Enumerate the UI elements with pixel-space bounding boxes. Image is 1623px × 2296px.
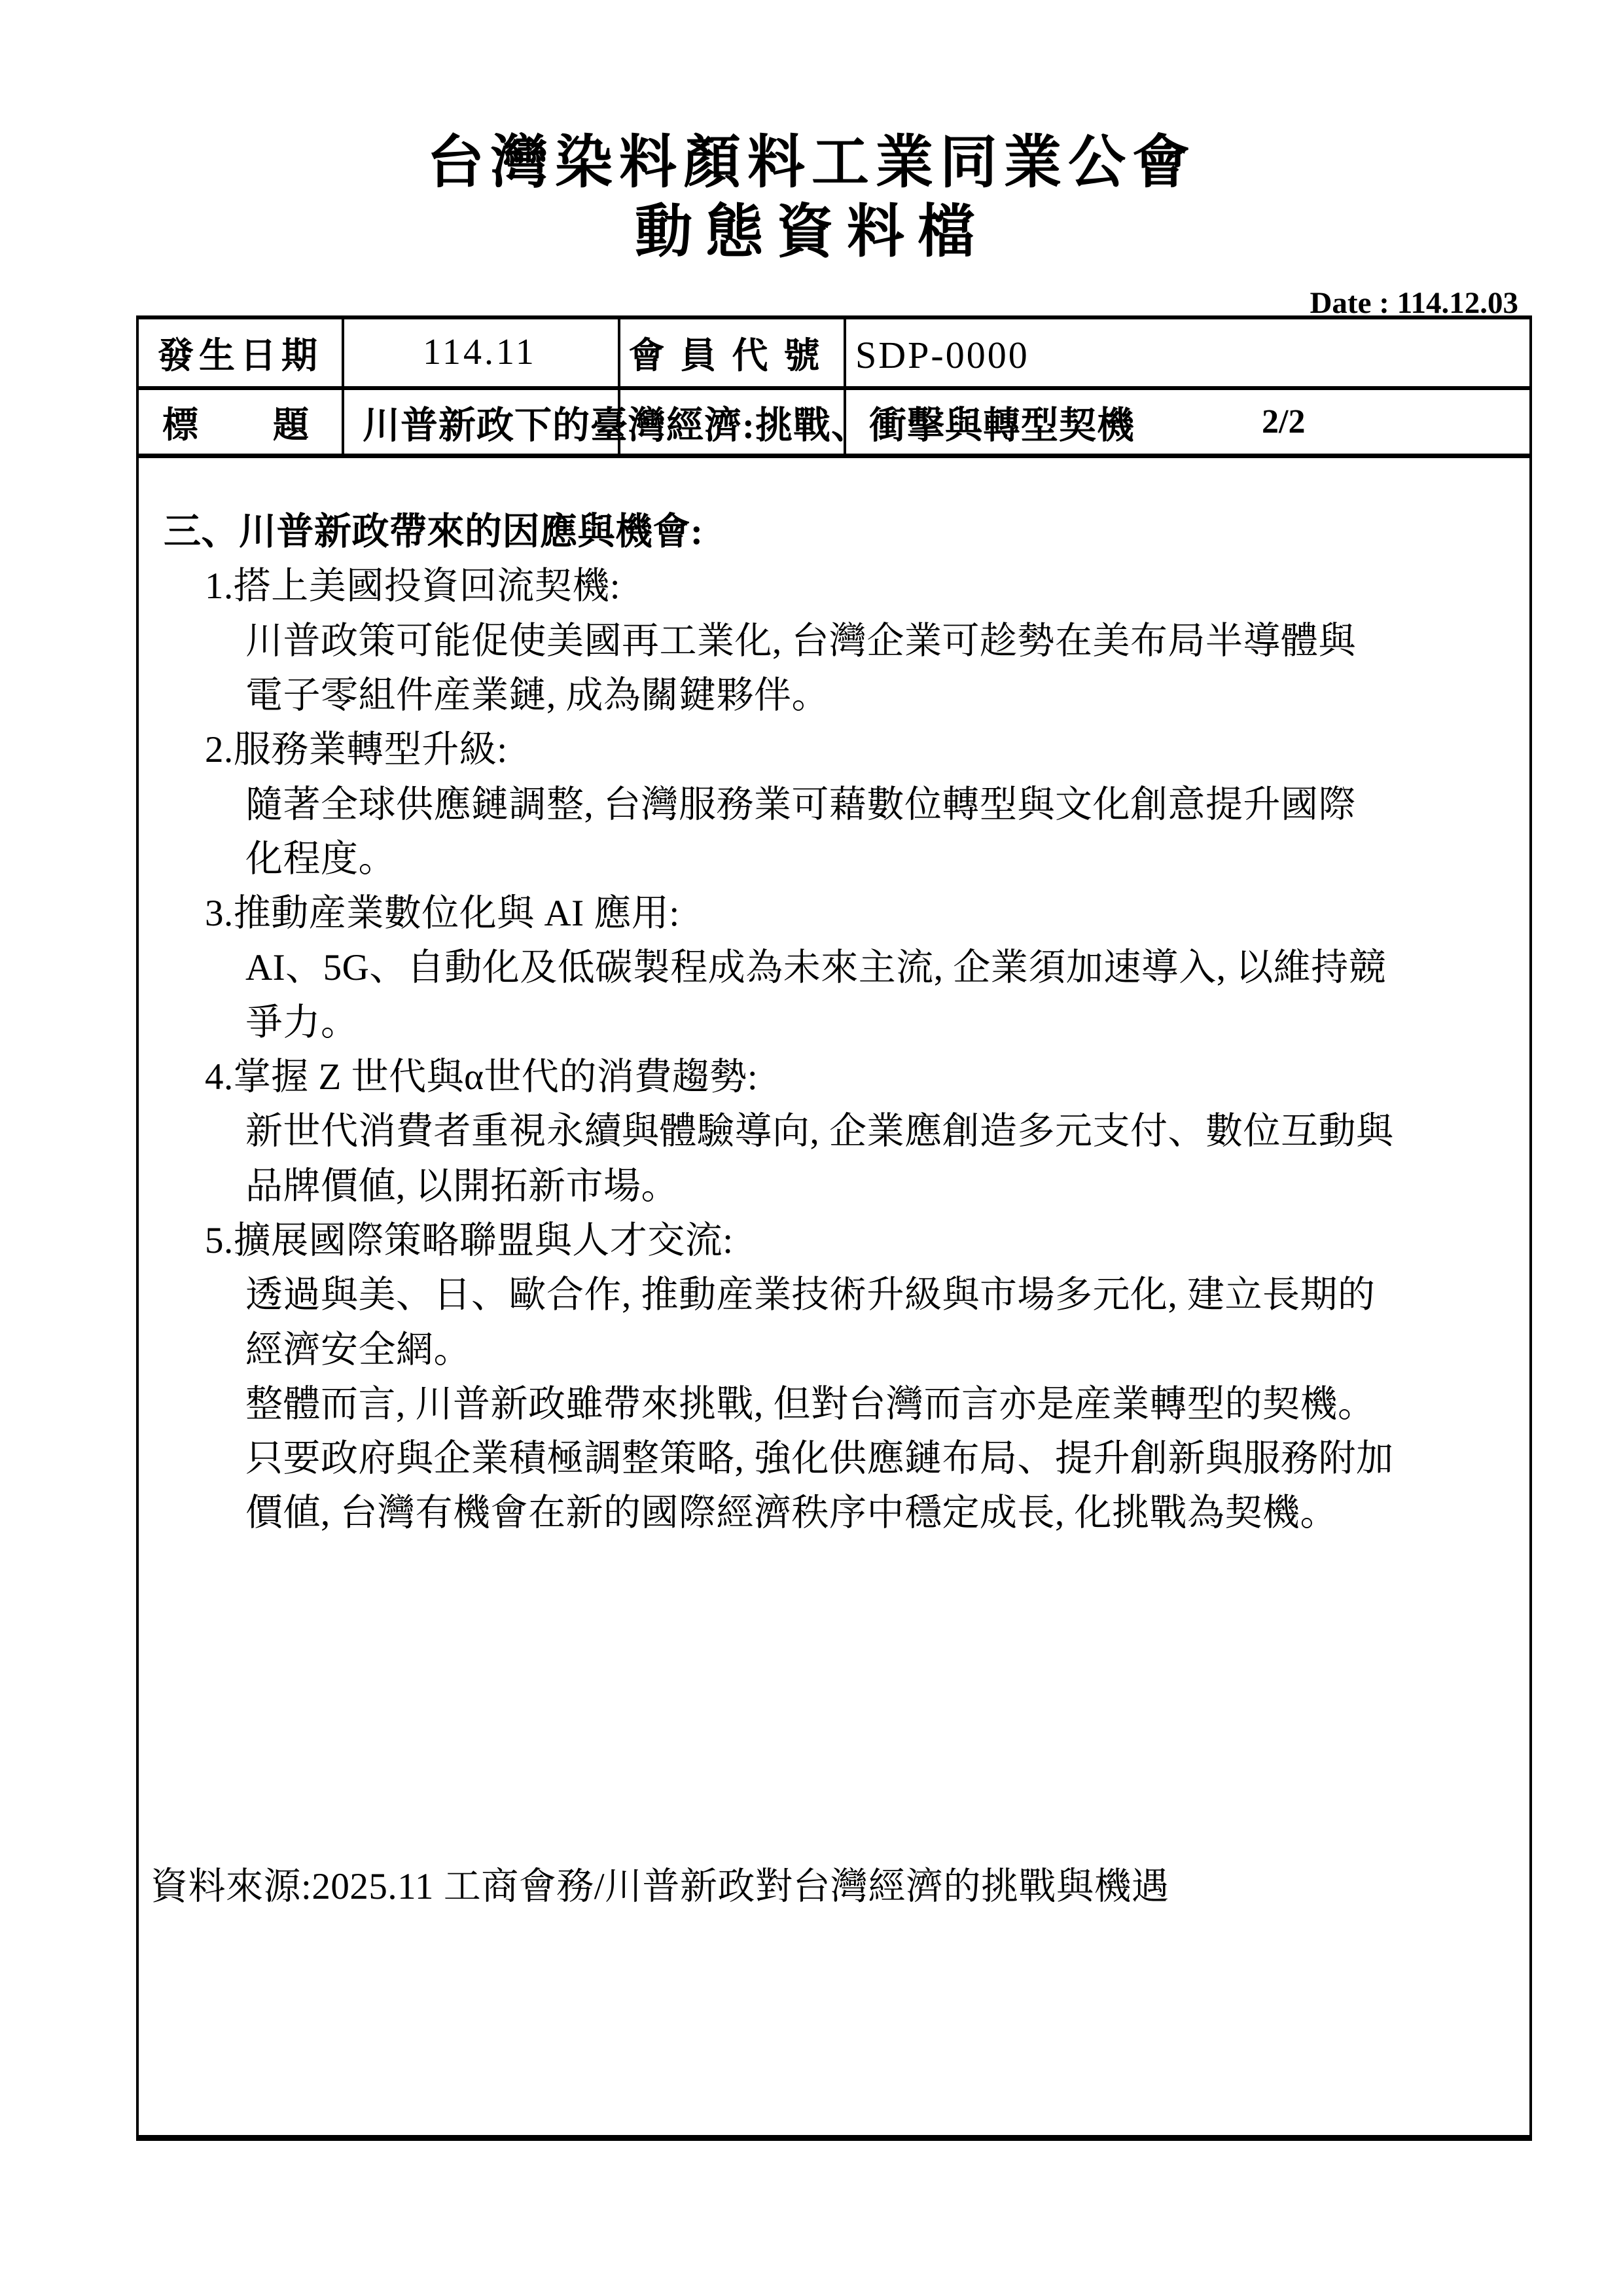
body-line: 價値, 台灣有機會在新的國際經濟秩序中穩定成長, 化挑戰為契機。 — [245, 1492, 1338, 1535]
body-line: 隨著全球供應鏈調整, 台灣服務業可藉數位轉型與文化創意提升國際 — [245, 783, 1356, 827]
body-line: 透過與美、日、歐合作, 推動産業技術升級與市場多元化, 建立長期的 — [245, 1274, 1376, 1317]
body-line: 電子零組件産業鏈, 成為關鍵夥伴。 — [245, 674, 829, 717]
body-line: 5.擴展國際策略聯盟與人才交流: — [205, 1219, 734, 1263]
subject-label-char-1: 標 — [162, 396, 198, 448]
table-bottom-border — [136, 454, 1532, 458]
source-line: 資料來源:2025.11 工商會務/川普新政對台灣經濟的挑戰與機遇 — [151, 1856, 1169, 1910]
subject-value: 川普新政下的臺灣經濟:挑戰、衝擊與轉型契機 — [344, 391, 1260, 452]
body-line: AI、5G、自動化及低碳製程成為未來主流, 企業須加速導入, 以維持競 — [245, 946, 1386, 990]
body-line: 爭力。 — [245, 1001, 359, 1045]
body-line: 4.掌握 Z 世代與α世代的消費趨勢: — [205, 1056, 758, 1099]
document-type-title: 動態資料檔 — [0, 186, 1623, 268]
document-page: 台灣染料顏料工業同業公會 動態資料檔 Date : 114.12.03 發生日期… — [0, 0, 1623, 2296]
body-line: 化程度。 — [245, 838, 396, 881]
left-border — [136, 315, 139, 2141]
body-line: 品牌價値, 以開拓新市場。 — [245, 1165, 679, 1208]
right-border — [1529, 315, 1532, 2141]
page-indicator: 2/2 — [1262, 391, 1340, 452]
subject-label: 標 題 — [139, 391, 342, 452]
body-line: 新世代消費者重視永續與體驗導向, 企業應創造多元支付、數位互動與 — [245, 1110, 1394, 1153]
body-line: 2.服務業轉型升級: — [205, 728, 508, 772]
member-code-value: SDP-0000 — [846, 319, 1527, 385]
member-code-label: 會員代號 — [620, 319, 844, 385]
body-line: 3.推動産業數位化與 AI 應用: — [205, 892, 680, 935]
subject-label-char-2: 題 — [273, 396, 309, 448]
body-box-bottom-border — [136, 2135, 1532, 2141]
body-line: 只要政府與企業積極調整策略, 強化供應鏈布局、提升創新與服務附加 — [245, 1437, 1394, 1480]
body-line: 川普政策可能促使美國再工業化, 台灣企業可趁勢在美布局半導體與 — [245, 620, 1356, 663]
body-line: 經濟安全網。 — [245, 1329, 471, 1372]
table-row-divider — [136, 386, 1532, 390]
body-line: 1.搭上美國投資回流契機: — [205, 565, 620, 608]
body-line: 三、川普新政帶來的因應與機會: — [164, 511, 703, 554]
body-line: 整體而言, 川普新政雖帶來挑戰, 但對台灣而言亦是産業轉型的契機。 — [245, 1383, 1376, 1426]
occur-date-label: 發生日期 — [139, 319, 342, 385]
occur-date-value: 114.11 — [344, 319, 615, 385]
